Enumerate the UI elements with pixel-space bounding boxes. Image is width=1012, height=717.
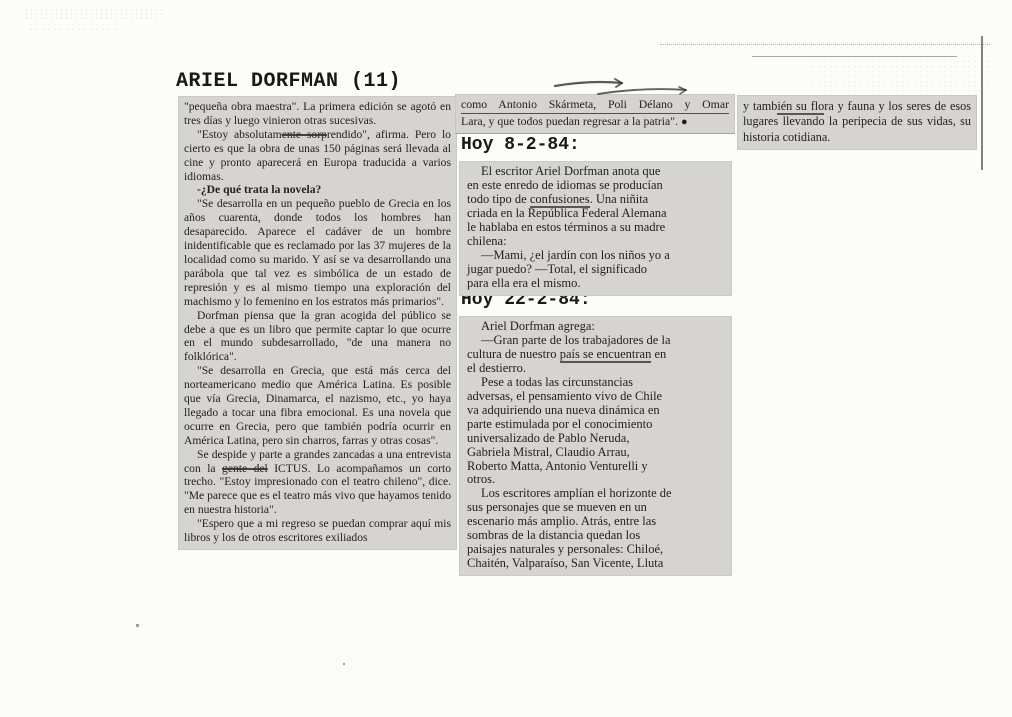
paragraph: "Se desarrolla en un pequeño pueblo de G… xyxy=(184,197,451,308)
text-segment: . Una niñita xyxy=(590,192,649,206)
text-segment: —Mami, ¿el jardín con los niños yo a xyxy=(481,248,670,262)
text-segment: Lara, y que todos puedan regresar a la p… xyxy=(461,114,681,128)
text-line: El escritor Ariel Dorfman anota que xyxy=(467,165,725,179)
text-segment: Dorfman piensa que la gran acogida del p… xyxy=(184,309,451,364)
text-line: Chaitén, Valparaíso, San Vicente, Lluta xyxy=(467,557,725,571)
text-segment: —Gran parte de los trabajadores de la xyxy=(481,333,671,347)
paragraph: y también su flora y fauna y los seres d… xyxy=(743,99,971,145)
scan-noise xyxy=(810,54,990,96)
text-segment: Los escritores amplían el horizonte de xyxy=(481,486,672,500)
page-title: ARIEL DORFMAN (11) xyxy=(176,70,401,93)
scan-speck xyxy=(136,624,139,627)
heading-hoy-8-2-84: Hoy 8-2-84: xyxy=(461,135,580,155)
scan-noise-line xyxy=(660,44,990,45)
pen-arrow-icon xyxy=(596,85,692,97)
clipping-column-3: y también su flora y fauna y los seres d… xyxy=(737,95,977,150)
text-line: universalizado de Pablo Neruda, xyxy=(467,432,725,446)
scan-noise xyxy=(658,40,988,52)
text-segment: Ariel Dorfman agrega: xyxy=(481,319,595,333)
paragraph: "Espero que a mi regreso se puedan compr… xyxy=(184,517,451,545)
text-line: le hablaba en estos términos a su madre xyxy=(467,221,725,235)
text-line: para ella era el mismo. xyxy=(467,277,725,291)
paragraph-heading: -¿De qué trata la novela? xyxy=(184,183,451,197)
text-line: sombras de la distancia quedan los xyxy=(467,529,725,543)
text-segment: Gabriela Mistral, Claudio Arrau, xyxy=(467,445,630,459)
paragraph: Se despide y parte a grandes zancadas a … xyxy=(184,448,451,518)
text-segment: paisajes naturales y personales: Chiloé, xyxy=(467,542,663,556)
text-segment: y tamb xyxy=(743,99,777,113)
text-line: —Mami, ¿el jardín con los niños yo a xyxy=(467,249,725,263)
text-line: Roberto Matta, Antonio Venturelli y xyxy=(467,460,725,474)
text-line: otros. xyxy=(467,473,725,487)
text-line: adversas, el pensamiento vivo de Chile xyxy=(467,390,725,404)
clipping-hoy-22-2-84: Ariel Dorfman agrega:—Gran parte de los … xyxy=(459,316,732,576)
text-segment: chilena: xyxy=(467,234,507,248)
text-line: sus personajes que se mueven en un xyxy=(467,501,725,515)
clipping-column-1: "pequeña obra maestra". La primera edici… xyxy=(178,96,457,550)
text-line: todo tipo de confusiones. Una niñita xyxy=(467,193,725,207)
paragraph: Dorfman piensa que la gran acogida del p… xyxy=(184,309,451,365)
text-segment: para ella era el mismo. xyxy=(467,276,581,290)
text-line: cultura de nuestro país se encuentran en xyxy=(467,348,725,362)
paragraph: "Estoy absolutamente sorprendido", afirm… xyxy=(184,128,451,184)
text-segment: Chaitén, Valparaíso, San Vicente, Lluta xyxy=(467,556,663,570)
text-line: como Antonio Skármeta, Poli Délano y Oma… xyxy=(461,97,729,114)
text-line: Lara, y que todos puedan regresar a la p… xyxy=(461,114,729,131)
pen-underlined-text: ién su flo xyxy=(777,99,824,115)
clipping-column-2-top: como Antonio Skármeta, Poli Délano y Oma… xyxy=(455,94,735,134)
text-segment: criada en la República Federal Alemana xyxy=(467,206,667,220)
text-segment: el destierro. xyxy=(467,361,526,375)
text-line: escenario más amplio. Atrás, entre las xyxy=(467,515,725,529)
text-segment: como Antonio Skármeta, Poli Délano y Oma… xyxy=(461,97,729,111)
text-segment: "Estoy absolutam xyxy=(197,128,282,141)
pen-strikethrough-text: ente sorp xyxy=(282,128,327,141)
text-segment: todo tipo de xyxy=(467,192,530,206)
text-segment: le hablaba en estos términos a su madre xyxy=(467,220,665,234)
text-segment: -¿De qué trata la novela? xyxy=(197,183,321,196)
paragraph: "pequeña obra maestra". La primera edici… xyxy=(184,100,451,128)
text-line: el destierro. xyxy=(467,362,725,376)
text-segment: Pese a todas las circunstancias xyxy=(481,375,633,389)
text-segment: va adquiriendo una nueva dinámica en xyxy=(467,403,660,417)
paragraph: "Se desarrolla en Grecia, que está más c… xyxy=(184,364,451,447)
text-segment: escenario más amplio. Atrás, entre las xyxy=(467,514,656,528)
text-line: Ariel Dorfman agrega: xyxy=(467,320,725,334)
text-line: Gabriela Mistral, Claudio Arrau, xyxy=(467,446,725,460)
text-segment: sombras de la distancia quedan los xyxy=(467,528,640,542)
scan-speck xyxy=(343,663,345,665)
text-line: criada en la República Federal Alemana xyxy=(467,207,725,221)
text-line: jugar puedo? —Total, el significado xyxy=(467,263,725,277)
text-line: paisajes naturales y personales: Chiloé, xyxy=(467,543,725,557)
text-line: va adquiriendo una nueva dinámica en xyxy=(467,404,725,418)
text-segment: otros. xyxy=(467,472,495,486)
text-segment: "Espero que a mi regreso se puedan compr… xyxy=(184,517,451,544)
text-line: parte estimulada por el conocimiento xyxy=(467,418,725,432)
text-segment: universalizado de Pablo Neruda, xyxy=(467,431,629,445)
text-segment: jugar puedo? —Total, el significado xyxy=(467,262,647,276)
text-segment: "Se desarrolla en un pequeño pueblo de G… xyxy=(184,197,451,307)
text-segment: en este enredo de idiomas se producían xyxy=(467,178,663,192)
pen-strikethrough-text: gente del xyxy=(222,462,268,475)
text-segment: El escritor Ariel Dorfman anota que xyxy=(481,164,660,178)
pen-underlined-text: país se encuentran xyxy=(560,347,652,363)
text-segment: "Se desarrolla en Grecia, que está más c… xyxy=(184,364,451,447)
text-line: chilena: xyxy=(467,235,725,249)
text-segment: Roberto Matta, Antonio Venturelli y xyxy=(467,459,648,473)
text-segment: "pequeña obra maestra". La primera edici… xyxy=(184,100,451,127)
text-line: Pese a todas las circunstancias xyxy=(467,376,725,390)
scan-noise-line xyxy=(752,56,957,57)
scanned-document-page: ARIEL DORFMAN (11) Hoy 8-2-84: Hoy 22-2-… xyxy=(0,0,1012,717)
scan-edge-line xyxy=(981,36,983,170)
scan-noise xyxy=(28,22,120,30)
text-segment: sus personajes que se mueven en un xyxy=(467,500,647,514)
text-segment: parte estimulada por el conocimiento xyxy=(467,417,652,431)
clipping-hoy-8-2-84: El escritor Ariel Dorfman anota queen es… xyxy=(459,161,732,296)
text-line: Los escritores amplían el horizonte de xyxy=(467,487,725,501)
text-segment: adversas, el pensamiento vivo de Chile xyxy=(467,389,662,403)
text-line: en este enredo de idiomas se producían xyxy=(467,179,725,193)
text-segment: cultura de nuestro xyxy=(467,347,560,361)
scan-noise xyxy=(24,8,164,20)
text-line: —Gran parte de los trabajadores de la xyxy=(467,334,725,348)
text-segment: en xyxy=(651,347,666,361)
end-dot: ● xyxy=(681,116,688,128)
